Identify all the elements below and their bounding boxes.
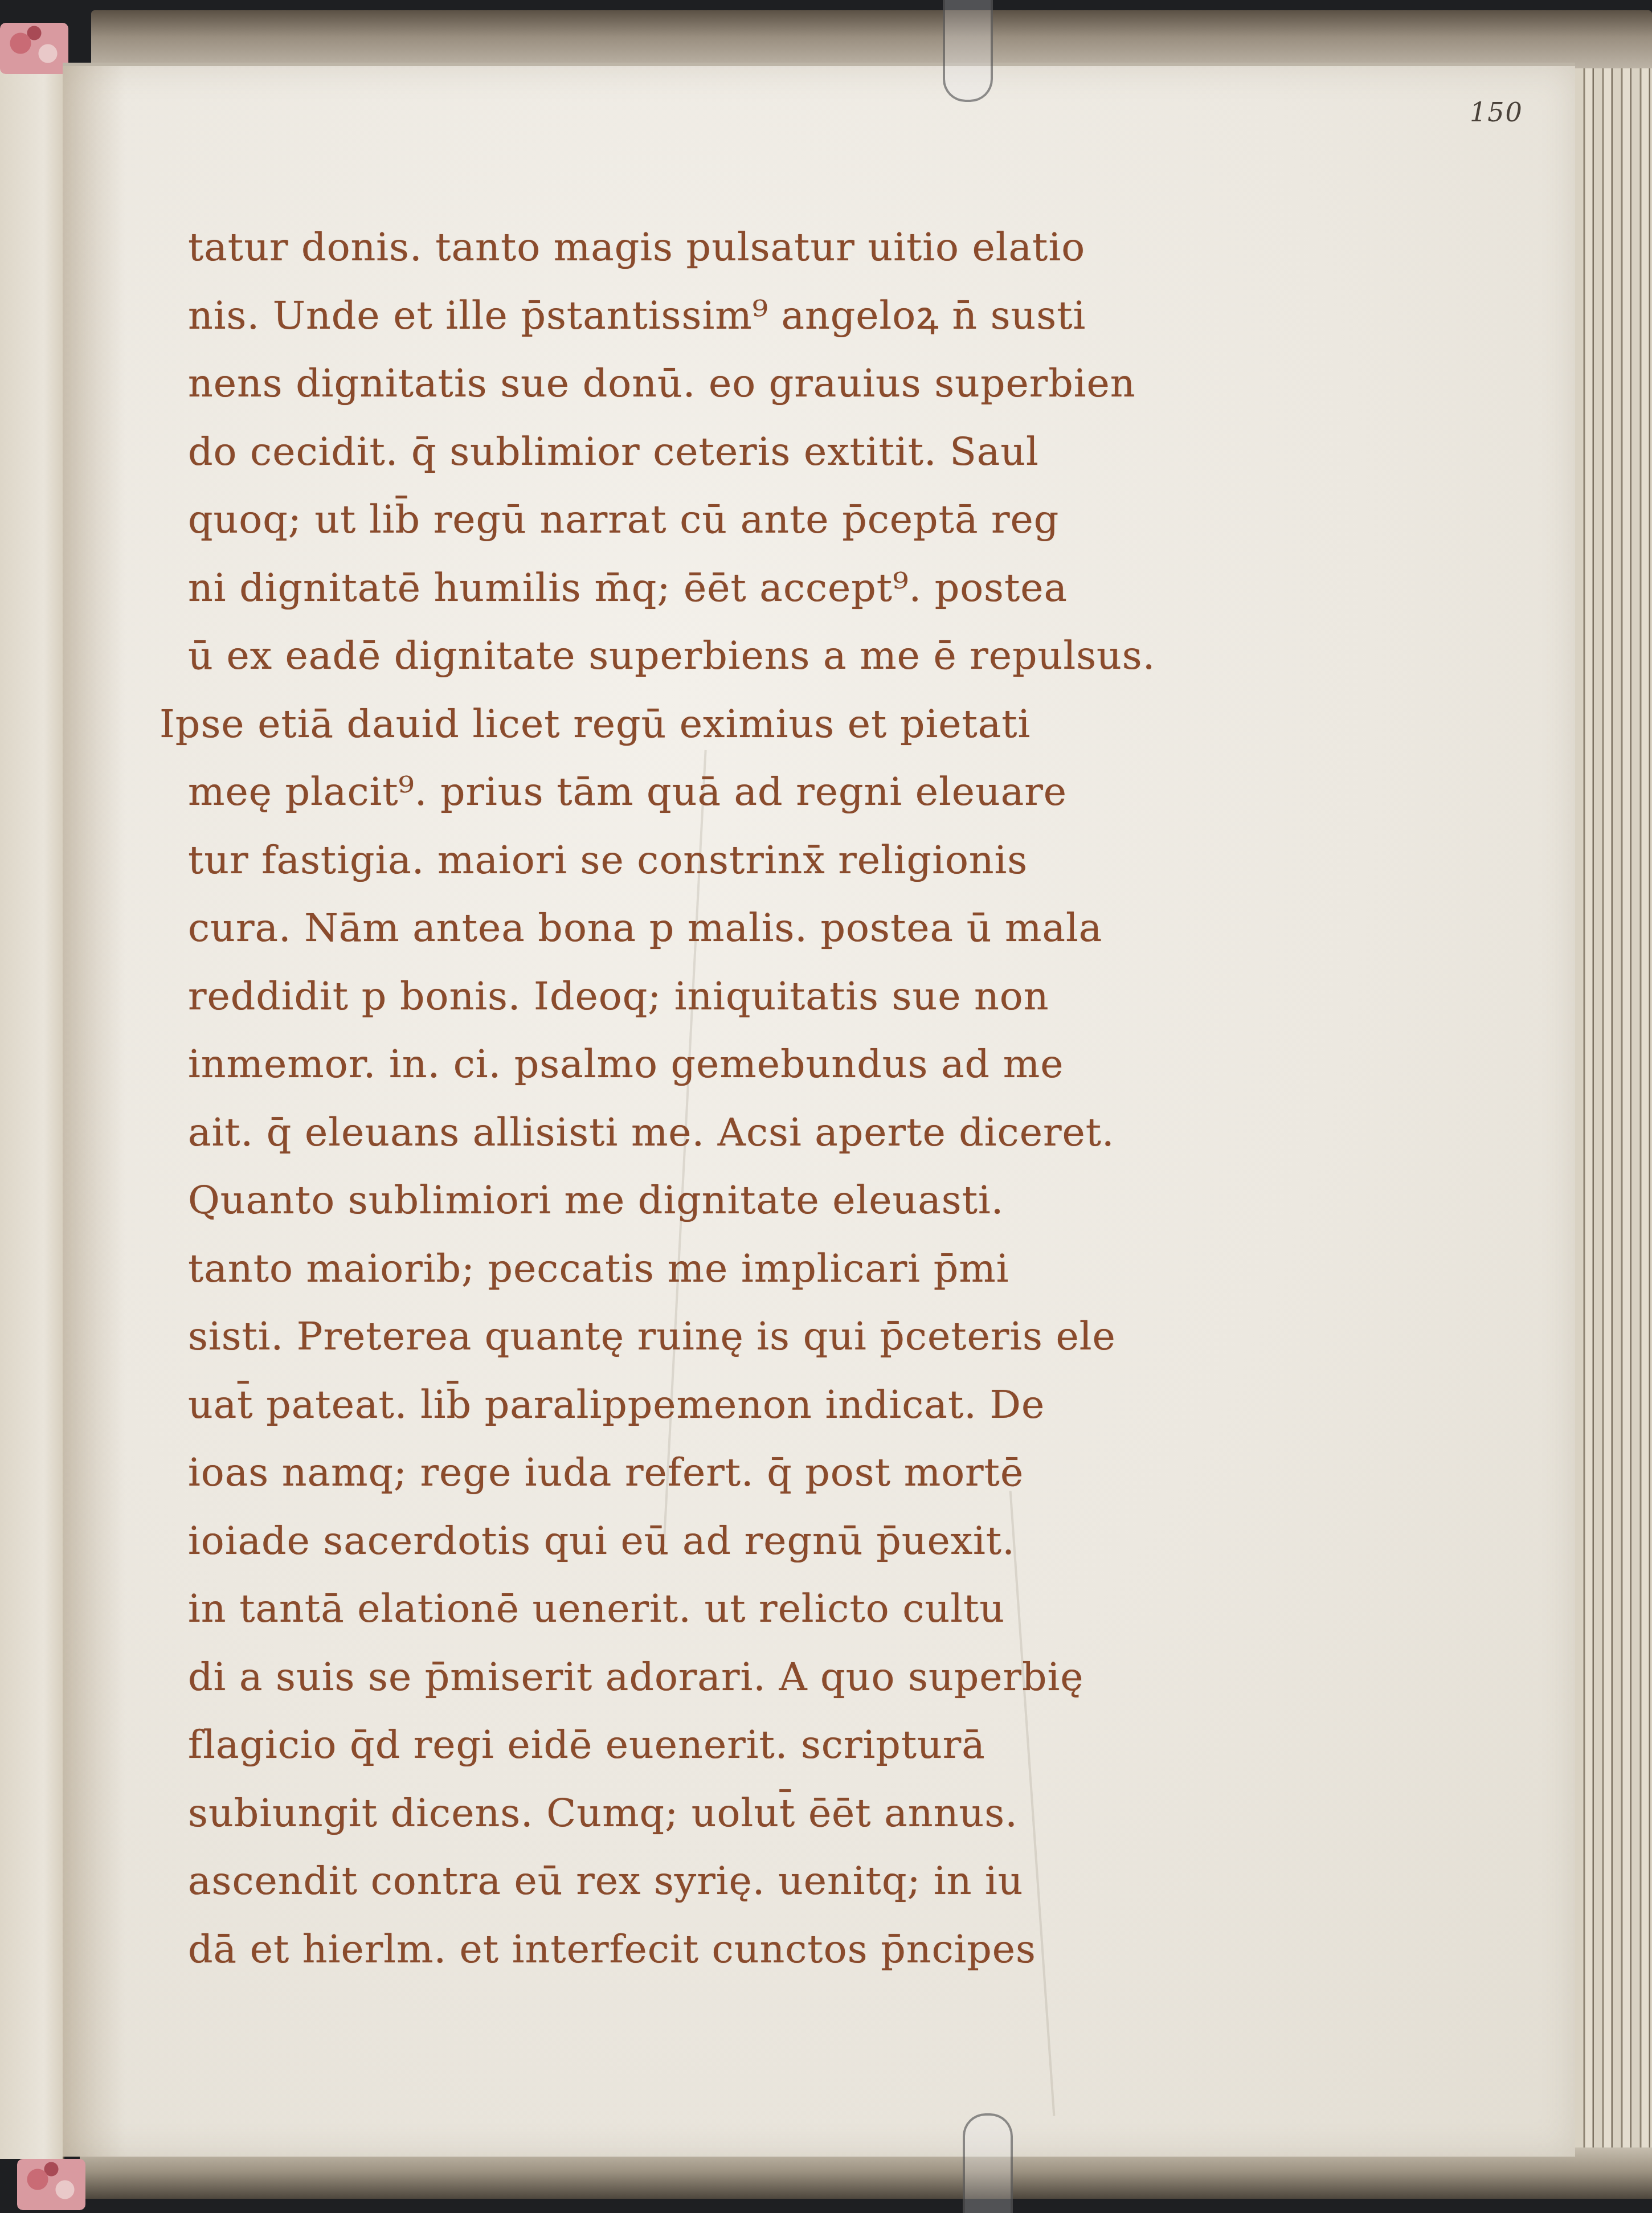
gutter-shadow — [63, 66, 125, 2157]
page-clip-bottom — [963, 2113, 1013, 2213]
text-line-initial: Ipse etiā dauid licet regū eximius et pi… — [160, 690, 1361, 759]
page-clip-top — [943, 0, 993, 102]
text-line: do cecidit. q̄ sublimior ceteris extitit… — [188, 418, 1361, 486]
text-line: in tantā elationē uenerit. ut relicto cu… — [188, 1575, 1361, 1643]
endband-bottom — [17, 2159, 85, 2210]
fore-edge-leaves — [1575, 68, 1652, 2147]
text-line: ū ex eadē dignitate superbiens a me ē re… — [188, 622, 1361, 690]
text-line: meę placit⁹. prius tām quā ad regni eleu… — [188, 758, 1361, 827]
text-line: sisti. Preterea quantę ruinę is qui p̄ce… — [188, 1303, 1361, 1371]
text-line: di a suis se p̄miserit adorari. A quo su… — [188, 1643, 1361, 1712]
text-line: uat̄ pateat. lib̄ paralippemenon indicat… — [188, 1371, 1361, 1439]
text-line: dā et hierlm. et interfecit cunctos p̄nc… — [188, 1916, 1361, 1984]
text-line: subiungit dicens. Cumq; uolut̄ ēēt annus… — [188, 1780, 1361, 1848]
text-line: flagicio q̄d regi eidē euenerit. scriptu… — [188, 1711, 1361, 1780]
text-line: Quanto sublimiori me dignitate eleuasti. — [188, 1167, 1361, 1235]
text-line: tur fastigia. maiori se constrinx̄ relig… — [188, 827, 1361, 895]
text-line: ascendit contra eū rex syrię. uenitq; in… — [188, 1847, 1361, 1916]
text-line: reddidit p bonis. Ideoq; iniquitatis sue… — [188, 963, 1361, 1031]
text-line: cura. Nām antea bona p malis. postea ū m… — [188, 894, 1361, 963]
text-line: quoq; ut lib̄ regū narrat cū ante p̄cept… — [188, 486, 1361, 554]
endband-top — [0, 23, 68, 74]
text-line: ni dignitatē humilis m̄q; ēēt accept⁹. p… — [188, 554, 1361, 623]
text-line: nis. Unde et ille p̄stantissim⁹ angeloꝝ … — [188, 282, 1361, 350]
text-line: tanto maiorib; peccatis me implicari p̄m… — [188, 1235, 1361, 1303]
text-line: tatur donis. tanto magis pulsatur uitio … — [188, 214, 1361, 282]
text-line: ait. q̄ eleuans allisisti me. Acsi apert… — [188, 1099, 1361, 1167]
folio-number: 150 — [1470, 97, 1523, 128]
text-line: ioas namq; rege iuda refert. q̄ post mor… — [188, 1439, 1361, 1507]
verso-page-edge — [0, 63, 64, 2159]
text-block: tatur donis. tanto magis pulsatur uitio … — [188, 214, 1361, 1983]
text-line: nens dignitatis sue donū. eo grauius sup… — [188, 350, 1361, 418]
text-line: ioiade sacerdotis qui eū ad regnū p̄uexi… — [188, 1507, 1361, 1576]
text-line: inmemor. in. ci. psalmo gemebundus ad me — [188, 1030, 1361, 1099]
